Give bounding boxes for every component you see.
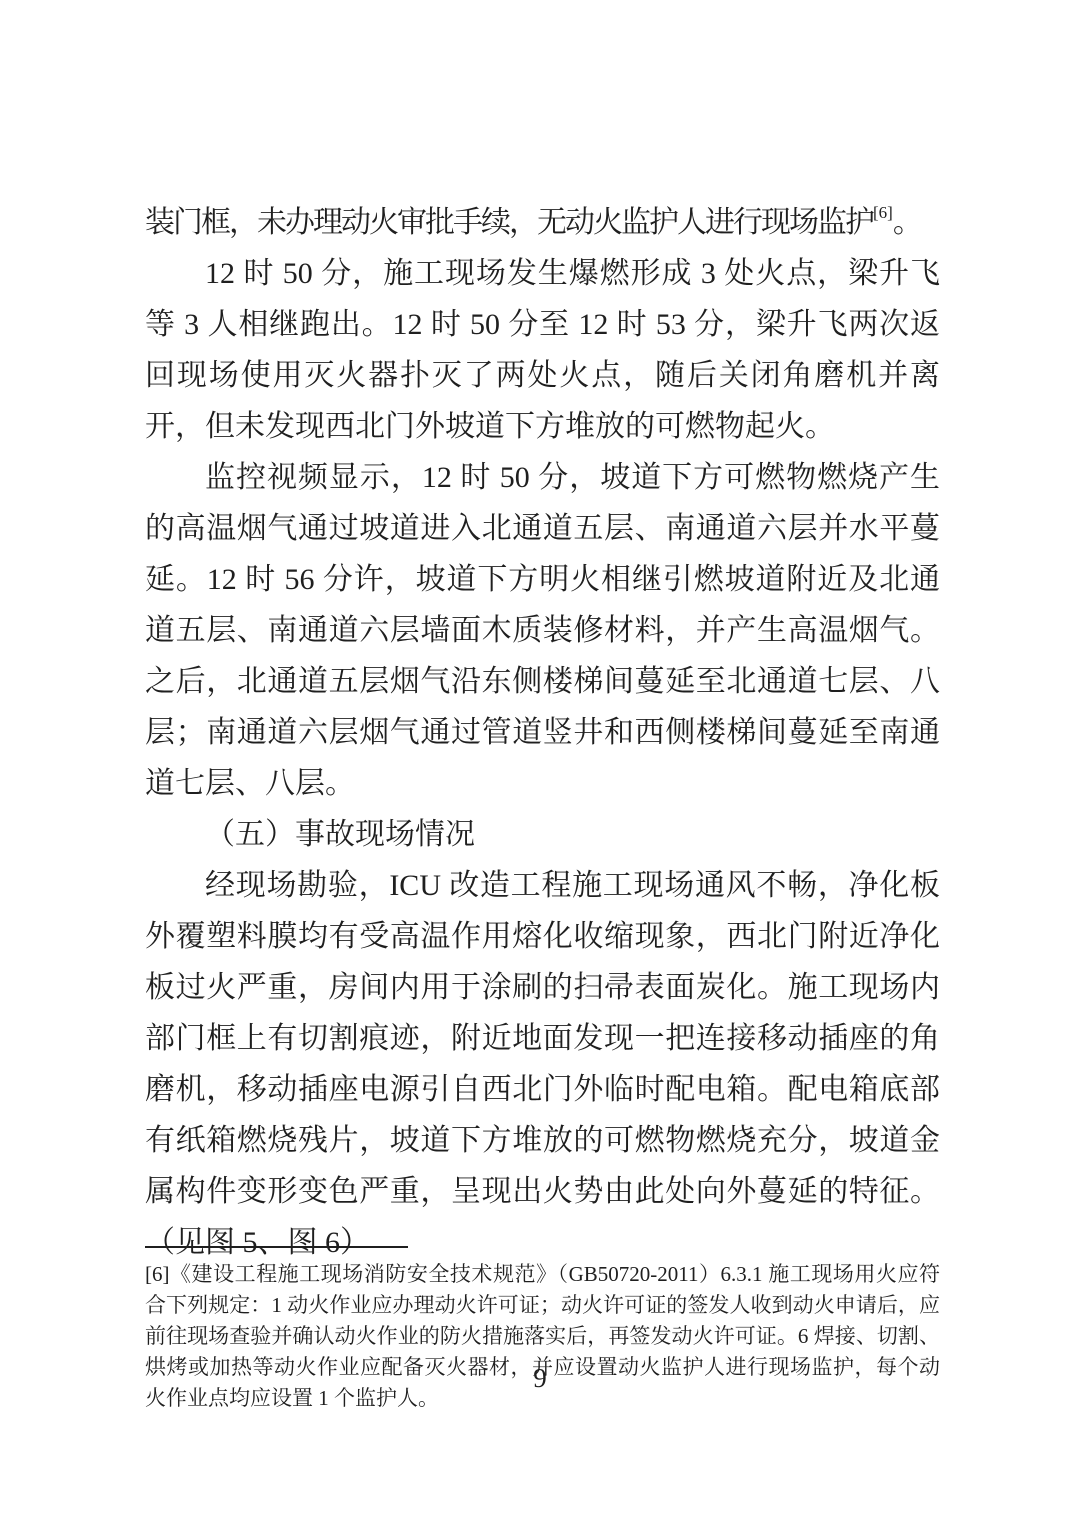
document-page: 装门框，未办理动火审批手续，无动火监护人进行现场监护[6]。 12 时 50 分… bbox=[0, 0, 1080, 1526]
paragraph-text-tail: 。 bbox=[893, 206, 921, 239]
page-number: 9 bbox=[0, 1362, 1080, 1394]
section-heading: （五）事故现场情况 bbox=[145, 809, 940, 860]
footnote-ref-marker: [6] bbox=[873, 203, 893, 222]
footnote-separator-line bbox=[145, 1246, 408, 1248]
paragraph: 12 时 50 分，施工现场发生爆燃形成 3 处火点，梁升飞等 3 人相继跑出。… bbox=[145, 248, 940, 452]
paragraph-continuation: 装门框，未办理动火审批手续，无动火监护人进行现场监护[6]。 bbox=[145, 197, 940, 248]
paragraph: 监控视频显示，12 时 50 分，坡道下方可燃物燃烧产生的高温烟气通过坡道进入北… bbox=[145, 452, 940, 809]
paragraph-text: 装门框，未办理动火审批手续，无动火监护人进行现场监护 bbox=[145, 206, 873, 239]
paragraph: 经现场勘验，ICU 改造工程施工现场通风不畅，净化板外覆塑料膜均有受高温作用熔化… bbox=[145, 860, 940, 1268]
body-text: 装门框，未办理动火审批手续，无动火监护人进行现场监护[6]。 12 时 50 分… bbox=[145, 197, 940, 1268]
